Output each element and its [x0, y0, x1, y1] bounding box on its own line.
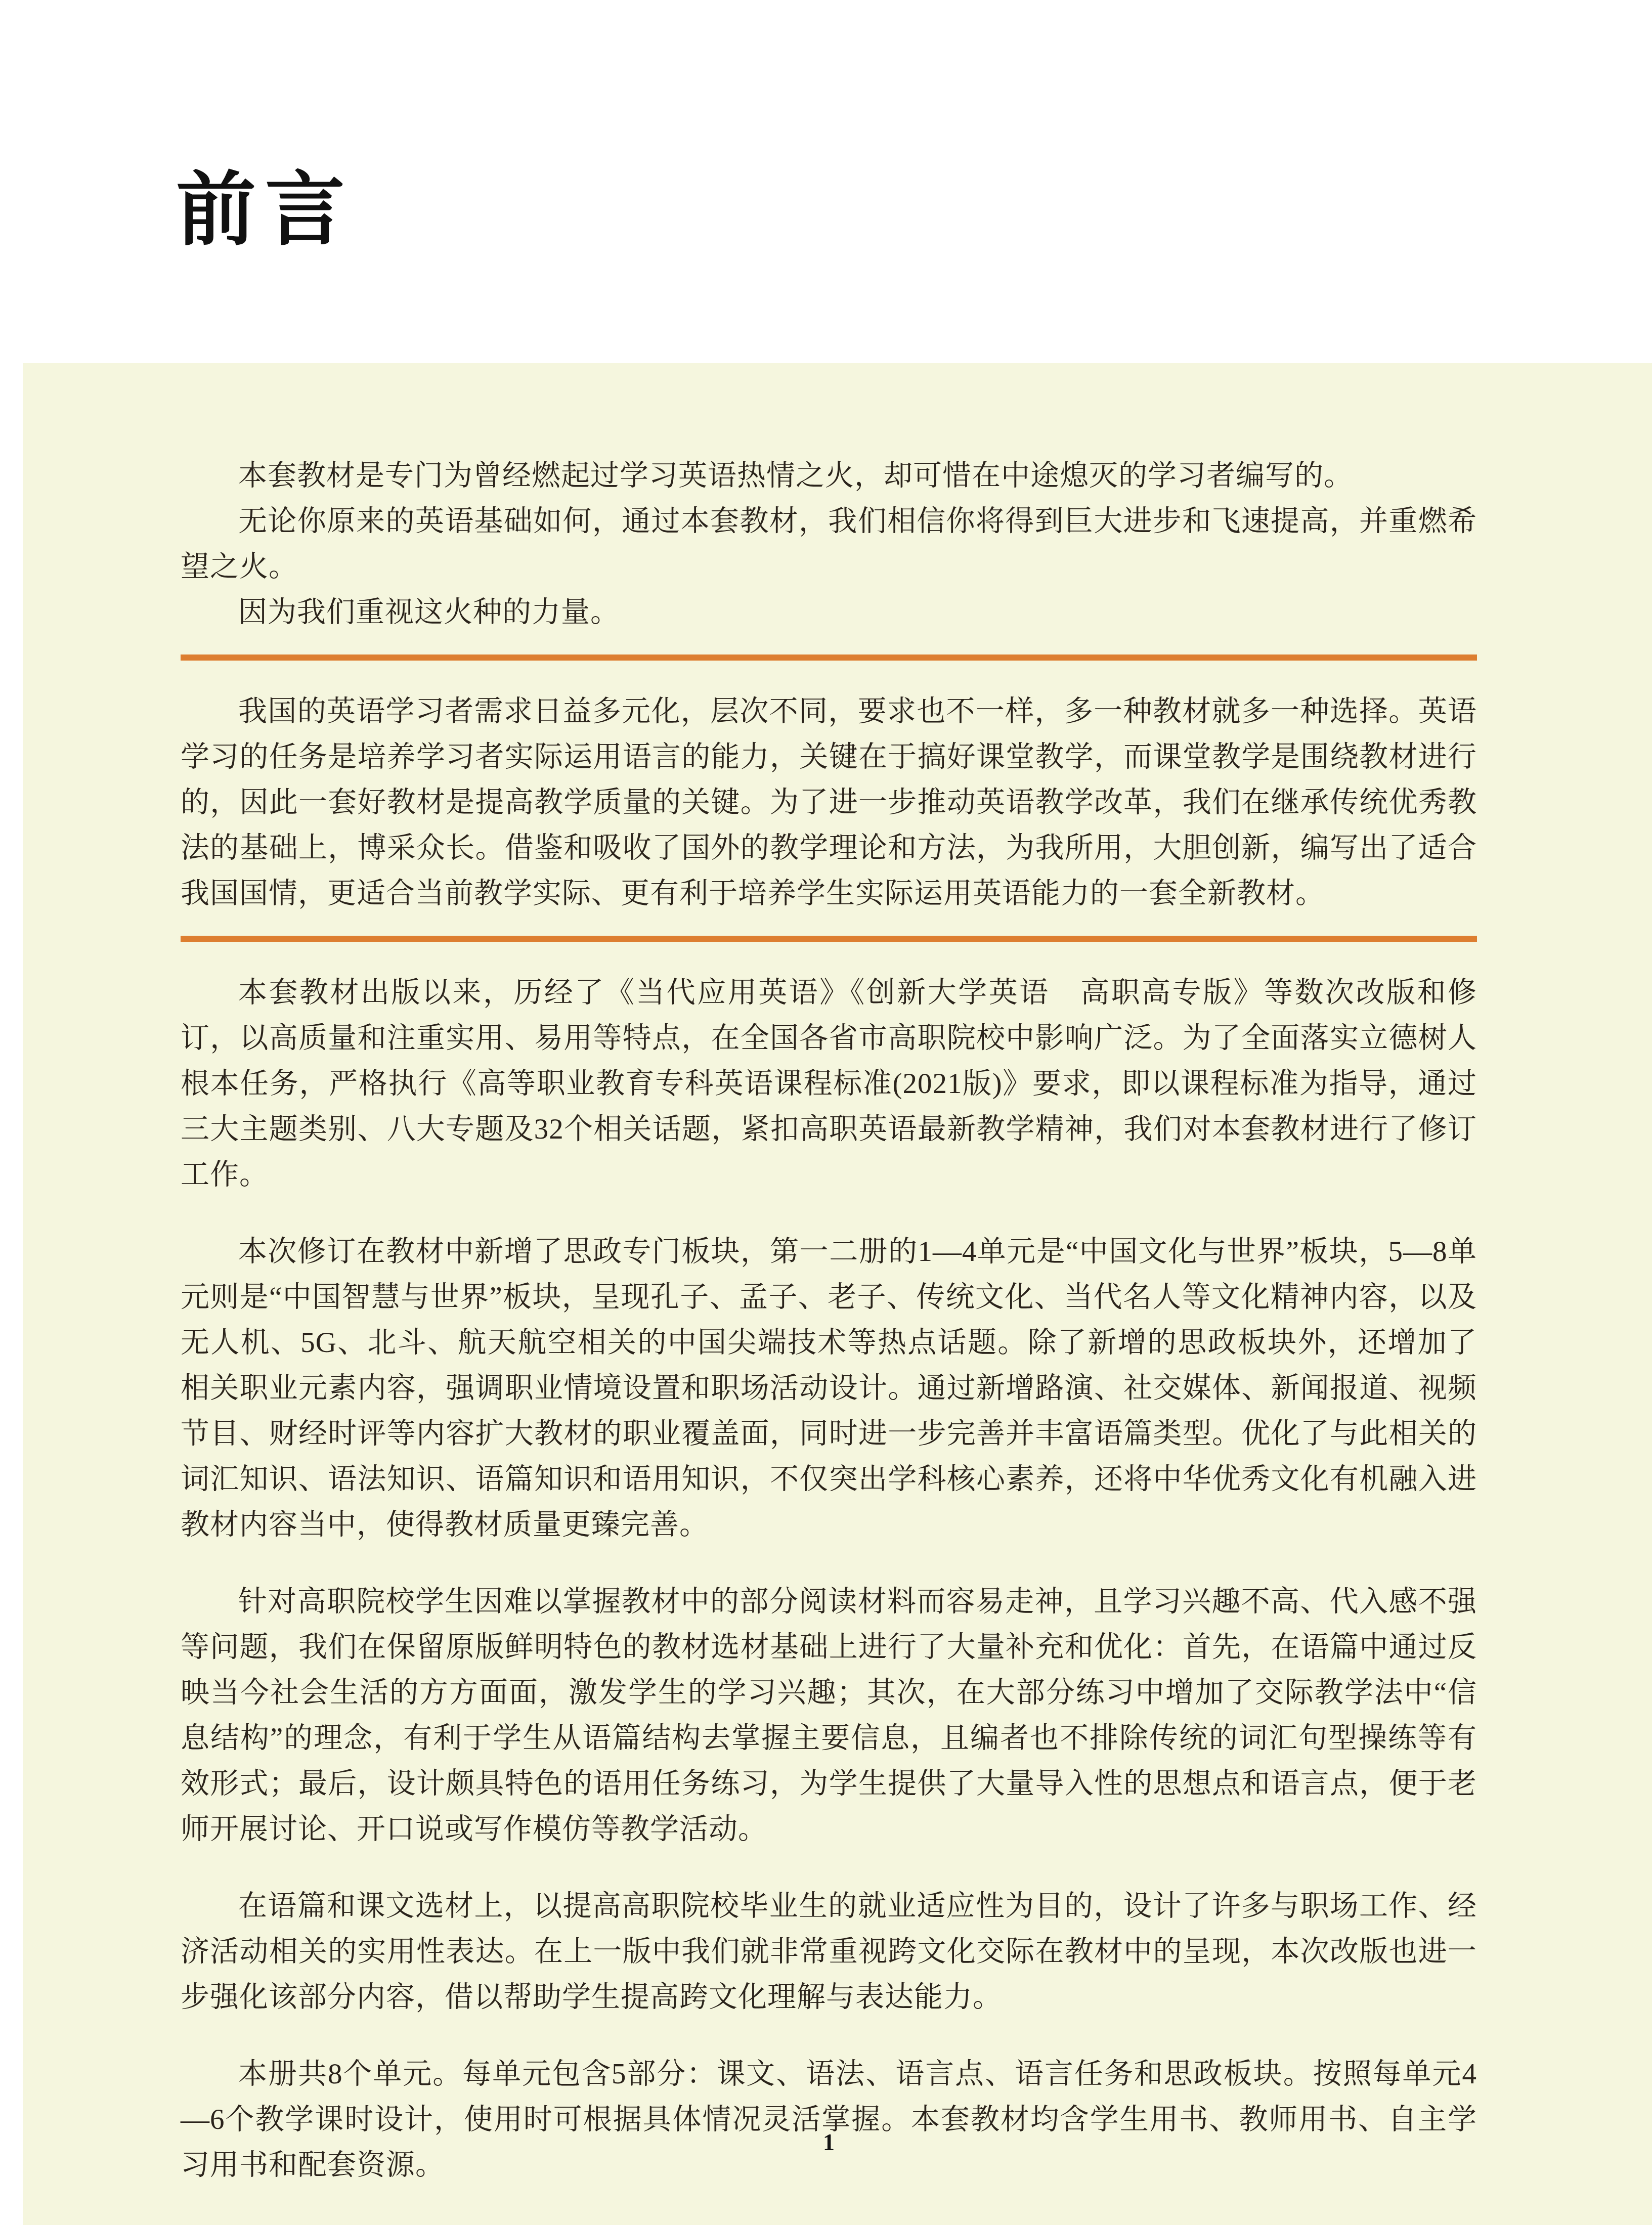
body-paragraph: 针对高职院校学生因难以掌握教材中的部分阅读材料而容易走神，且学习兴趣不高、代入感…	[181, 1579, 1477, 1852]
body-paragraph: 本次修订在教材中新增了思政专门板块，第一二册的1—4单元是“中国文化与世界”板块…	[181, 1229, 1477, 1548]
intro-line: 无论你原来的英语基础如何，通过本套教材，我们相信你将得到巨大进步和飞速提高，并重…	[181, 499, 1477, 590]
section-divider	[181, 655, 1477, 661]
body-paragraph: 本册共8个单元。每单元包含5部分：课文、语法、语言点、语言任务和思政板块。按照每…	[181, 2052, 1477, 2188]
page-title: 前言	[176, 167, 354, 253]
intro-line: 本套教材是专门为曾经燃起过学习英语热情之火，却可惜在中途熄灭的学习者编写的。	[181, 453, 1477, 499]
page-number: 1	[181, 2130, 1477, 2155]
intro-line: 因为我们重视这火种的力量。	[181, 590, 1477, 635]
text-column: 本套教材是专门为曾经燃起过学习英语热情之火，却可惜在中途熄灭的学习者编写的。 无…	[181, 453, 1477, 2188]
preface-page: 前言 本套教材是专门为曾经燃起过学习英语热情之火，却可惜在中途熄灭的学习者编写的…	[0, 0, 1652, 2225]
body-paragraph: 本套教材出版以来，历经了《当代应用英语》《创新大学英语 高职高专版》等数次改版和…	[181, 970, 1477, 1198]
section-divider	[181, 936, 1477, 942]
content-panel: 本套教材是专门为曾经燃起过学习英语热情之火，却可惜在中途熄灭的学习者编写的。 无…	[23, 363, 1652, 2225]
body-paragraph: 在语篇和课文选材上，以提高高职院校毕业生的就业适应性为目的，设计了许多与职场工作…	[181, 1884, 1477, 2020]
body-paragraph: 我国的英语学习者需求日益多元化，层次不同，要求也不一样，多一种教材就多一种选择。…	[181, 689, 1477, 917]
